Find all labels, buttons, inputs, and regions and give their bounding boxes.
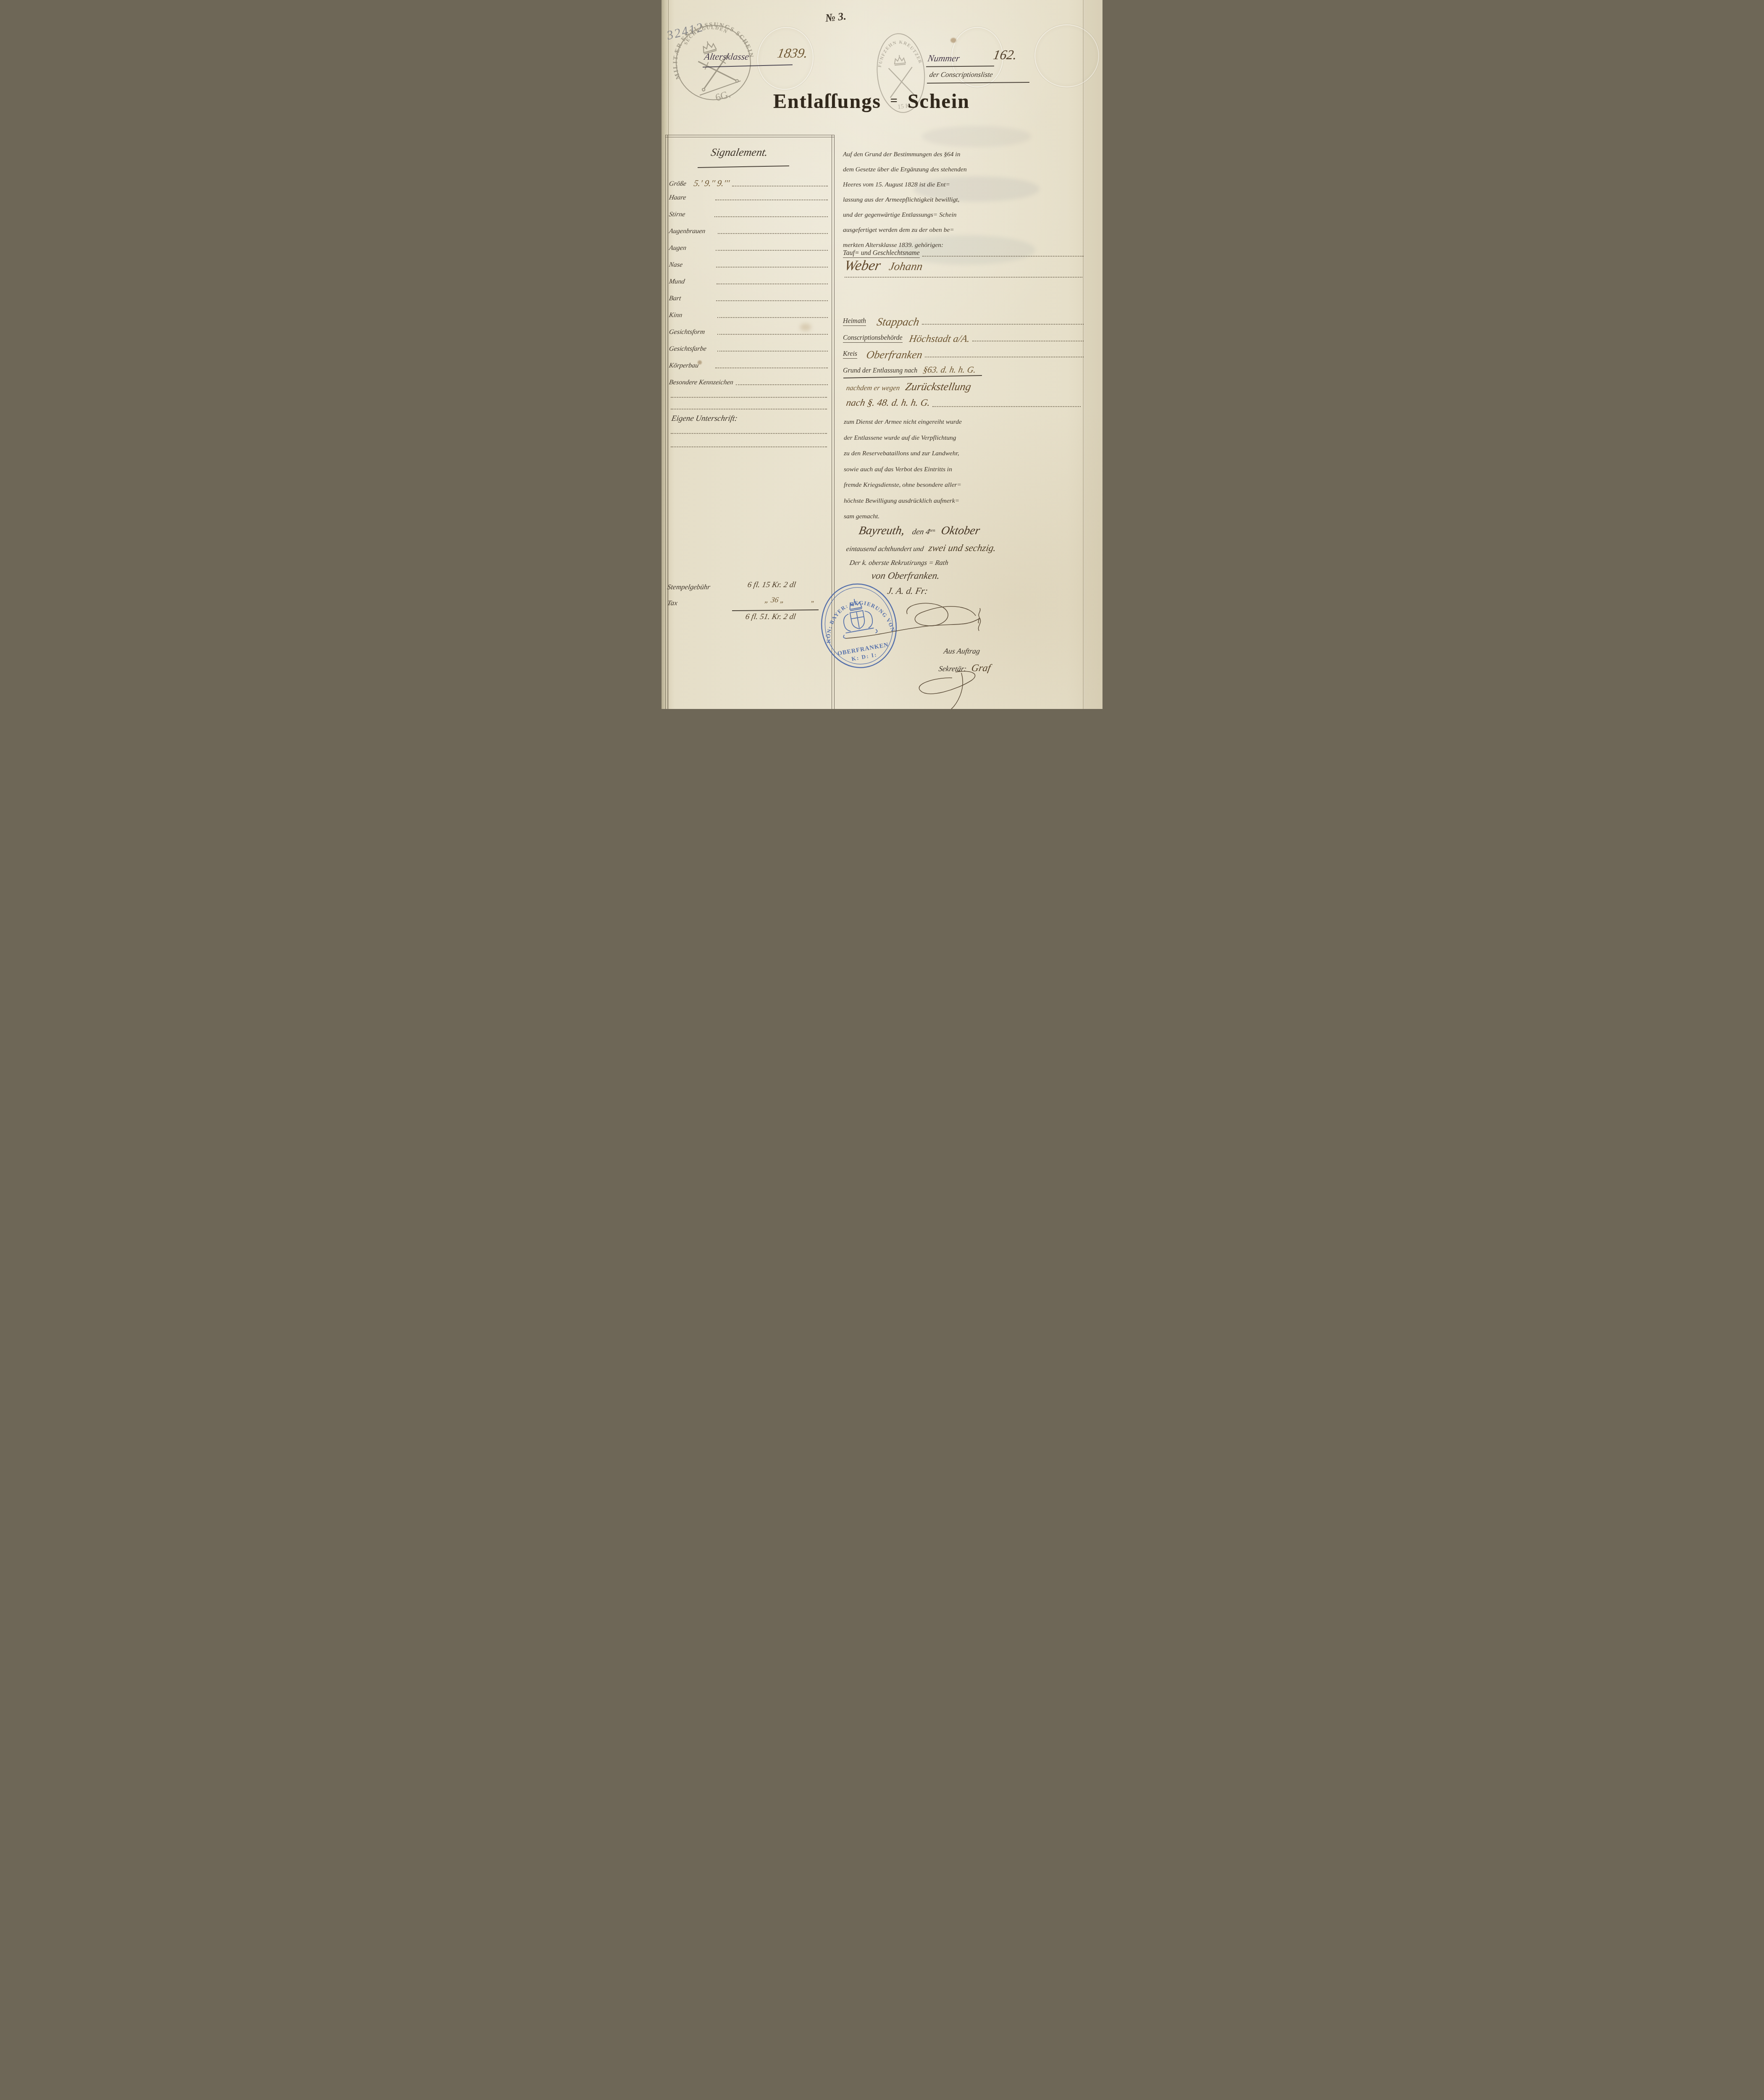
signature-loop [907,603,976,626]
year-words-main: zwei und sechzig. [928,543,997,554]
body-line: Heeres vom 15. August 1828 ist die Ent= [843,177,1084,192]
heimath-value: Stappach [876,315,920,328]
behoerde-row: Conscriptionsbehörde Höchstadt a/A. [843,328,1084,343]
signalement-field-augen: Augen [669,244,829,252]
field-label: Mund [668,278,685,286]
dotted-line [922,323,1084,325]
behoerde-value: Höchstadt a/A. [908,333,971,345]
altersklasse-label: Altersklasse [703,51,750,62]
field-label: Besondere Kennzeichen [668,379,734,386]
field-label: Stirne [668,211,685,218]
grund-line3-text: nach §. 48. d. h. h. G. [845,397,931,408]
signalement-heading: Signalement. [710,146,769,159]
signalement-field-mund: Mund [669,278,829,286]
signalement-field-nase: Nase [669,261,829,269]
date-row-2: eintausend achthundert und zwei und sech… [846,543,1086,554]
signalement-field-kennzeichen: Besondere Kennzeichen [669,379,829,386]
grund-line2-main: Zurückstellung [905,381,972,393]
secretary-name: Graf [971,663,992,674]
ink-underline [843,375,982,378]
fold-strip [1084,0,1102,709]
dotted-line [932,406,1081,407]
title-word2: Schein [908,90,970,113]
body-paragraph-2: zum Dienst der Armee nicht eingereiht wu… [844,414,1085,525]
dotted-line [717,317,828,318]
date-mid: den 4 [911,528,931,537]
total-fee-value: 6 fl. 51. Kr. 2 dl [745,612,796,622]
body-line: sam gemacht. [844,509,1085,525]
sum-line [732,609,819,611]
kreis-value: Oberfranken [865,349,923,361]
dotted-line [671,396,827,398]
lion-right-icon [865,610,874,628]
dotted-line [845,276,1082,278]
dotted-line [716,300,828,301]
signalement-field-kinn: Kinn [669,312,829,319]
heimath-label: Heimath [843,318,866,326]
field-label: Größe [668,180,687,188]
body-line: lassung aus der Armeepflichtigkeit bewil… [843,192,1084,207]
dotted-line [716,266,828,268]
year-words-pre: eintausend achthundert und [845,545,924,553]
name-label: Tauf= und Geschlechtsname [843,249,920,258]
dotted-line [732,185,828,186]
grund-label: Grund der Entlassung nach [843,367,917,374]
dotted-line [922,255,1084,257]
kreis-row: Kreis Oberfranken [843,344,1084,359]
name-value: Weber Johann [845,258,922,274]
tax-label: Tax [667,599,678,607]
signature-squiggle [978,608,980,623]
body-line: sowie auch auf das Verbot des Eintritts … [844,462,1085,478]
doc-number: № 3. [825,10,847,24]
signalement-field-haare: Haare [669,194,829,202]
nummer-label: Nummer [927,53,961,64]
dotted-line [671,408,827,409]
surname: Weber [843,258,882,274]
signalement-field-gesichtsfarbe: Gesichtsfarbe [669,345,829,353]
government-stamp: KÖN: BAYER: REGIERUNG VON OBERFRANKEN K:… [811,575,907,677]
body-line: und der gegenwärtige Entlassungs= Schein [843,207,1084,223]
signalement-field-groesse: Größe 5.' 9.'' 9.''' [669,177,829,188]
stain [950,38,956,43]
ink-underline [698,165,789,168]
field-label: Nase [668,261,683,269]
dotted-line [717,350,828,352]
signalement-field-gesichtsform: Gesichtsform [669,328,829,336]
name-row: Tauf= und Geschlechtsname [843,249,1084,258]
dotted-line [671,446,827,447]
title-word1: Entlaſſungs [773,90,881,113]
ink-bleed [922,126,1031,147]
closing-line1: Aus Auftrag [943,647,981,656]
dotted-line [972,340,1084,341]
nummer-value: 162. [992,47,1018,63]
title-separator: = [887,94,902,108]
field-label: Gesichtsfarbe [668,345,707,353]
heimath-row: Heimath Stappach [843,310,1084,326]
signalement-field-stirne: Stirne [669,211,829,218]
field-value: 5.' 9.'' 9.''' [693,178,730,189]
closing-line2: Sekretär: Graf [939,663,991,674]
grund-value: §63. d. h. h. G. [922,365,977,375]
dotted-line [717,283,828,284]
body-line: Auf den Grund der Bestimmungen des §64 i… [843,147,1084,162]
body-line: zu den Reservebataillons und zur Landweh… [844,446,1085,462]
box-border-left [665,135,668,709]
month-value: Oktober [940,524,981,538]
secretary-flourish [919,671,975,709]
dotted-line [671,433,827,434]
tax-value: „ 36 „ [764,596,785,604]
body-line: fremde Kriegsdienste, ohne besondere all… [844,477,1085,493]
dotted-line [736,384,828,385]
dotted-line [714,216,828,217]
grund-row: Grund der Entlassung nach §63. d. h. h. … [843,365,1084,375]
place-value: Bayreuth, [858,524,906,538]
dotted-line [715,367,828,368]
stamp-fee-value: 6 fl. 15 Kr. 2 dl [747,580,796,590]
body-line: dem Gesetze über die Ergänzung des stehe… [843,162,1084,177]
grund-line2: nachdem er wegen Zurückstellung [846,381,1086,393]
stamp-fee-label: Stempelgebühr [667,583,711,591]
embossed-seal-icon [1034,24,1099,87]
issuer-line1: Der k. oberste Rekrutirungs = Rath [849,559,949,567]
signalement-field-bart: Bart [669,295,829,302]
signalement-field-augenbrauen: Augenbrauen [669,228,829,235]
field-label: Gesichtsform [668,328,706,336]
document-scan: 32412 № 3. MILI [661,0,1102,709]
field-label: Haare [668,194,686,202]
grund-line3: nach §. 48. d. h. h. G. [846,397,1081,408]
field-label: Bart [668,295,682,302]
altersklasse-value: 1839. [776,45,809,61]
page-title: Entlaſſungs = Schein [750,90,993,113]
dotted-line [717,333,828,335]
signalement-field-koerperbau: Körperbau [669,362,829,370]
svg-text:MILITÆR ENTLASSUNGS SCHEIN: MILITÆR ENTLASSUNGS SCHEIN [662,12,755,80]
dotted-line [925,356,1084,357]
date-row: Bayreuth, den 4ten Oktober [859,524,1086,538]
dotted-line [715,199,828,200]
given-name: Johann [888,260,924,273]
box-border-top [665,135,834,137]
field-label: Augenbrauen [668,228,706,235]
lion-left-icon [843,614,852,632]
field-label: Kinn [668,312,682,319]
body-line: der Entlassene wurde auf die Verpflichtu… [844,430,1085,446]
dotted-line [716,249,828,251]
body-line: ausgefertiget werden dem zu der oben be= [843,223,1084,238]
body-line: höchste Bewilligung ausdrücklich aufmerk… [844,493,1085,509]
field-label: Augen [668,244,687,252]
field-label: Körperbau [668,362,699,370]
body-paragraph-1: Auf den Grund der Bestimmungen des §64 i… [843,147,1084,253]
grund-line2-pre: nachdem er wegen [845,384,900,392]
conscription-list-label: der Conscriptionsliste [929,71,993,79]
crown-icon [894,55,906,65]
behoerde-label: Conscriptionsbehörde [843,334,903,343]
coat-of-arms-icon [840,609,877,638]
secretary-label: Sekretär: [938,664,967,673]
own-signature-label: Eigene Unterschrift: [671,414,738,423]
body-line: zum Dienst der Armee nicht eingereiht wu… [844,414,1085,430]
stamp-ring [667,16,759,108]
svg-text:6G.: 6G. [714,89,732,104]
dotted-line [718,233,828,234]
kreis-label: Kreis [843,350,857,359]
